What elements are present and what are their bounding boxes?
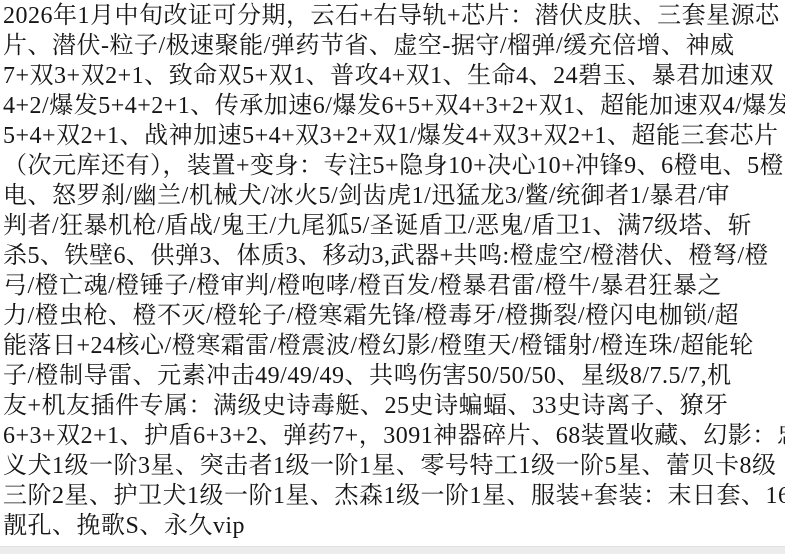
text-line: 片、潜伏-粒子/极速聚能/弹药节省、虚空-据守/榴弹/缓充倍增、神威 (3, 31, 783, 61)
text-line: 义犬1级一阶3星、突击者1级一阶1星、零号特工1级一阶5星、蕾贝卡8级 (3, 451, 783, 481)
text-line: 靓孔、挽歌S、永久vip (3, 511, 783, 541)
text-line: 判者/狂暴机枪/盾战/鬼王/九尾狐5/圣诞盾卫/恶鬼/盾卫1、满7级塔、斩 (3, 211, 783, 241)
text-line: 电、怒罗刹/幽兰/机械犬/冰火5/剑齿虎1/迅猛龙3/鳖/统御者1/暴君/审 (3, 181, 783, 211)
text-line: 杀5、铁壁6、供弹3、体质3、移动3,武器+共鸣:橙虚空/橙潜伏、橙弩/橙 (3, 241, 783, 271)
text-line: 7+双3+双2+1、致命双5+双1、普攻4+双1、生命4、24碧玉、暴君加速双 (3, 61, 783, 91)
text-line: 弓/橙亡魂/橙锤子/橙审判/橙咆哮/橙百发/橙暴君雷/橙牛/暴君狂暴之 (3, 271, 783, 301)
text-line: 子/橙制导雷、元素冲击49/49/49、共鸣伤害50/50/50、星级8/7.5… (3, 361, 783, 391)
text-line: 三阶2星、护卫犬1级一阶1星、杰森1级一阶1星、服装+套装：末日套、16 (3, 481, 783, 511)
account-listing-text-block: 2026年1月中旬改证可分期，云石+右导轨+芯片：潜伏皮肤、三套星源芯 片、潜伏… (0, 0, 785, 541)
text-line: 4+2/爆发5+4+2+1、传承加速6/爆发6+5+双4+3+2+双1、超能加速… (3, 91, 783, 121)
text-line: （次元库还有），装置+变身：专注5+隐身10+决心10+冲锋9、6橙电、5橙 (3, 151, 783, 181)
text-line: 5+4+双2+1、战神加速5+4+双3+2+双1/爆发4+双3+双2+1、超能三… (3, 121, 783, 151)
text-line: 力/橙虫枪、橙不灭/橙轮子/橙寒霜先锋/橙毒牙/橙撕裂/橙闪电枷锁/超 (3, 301, 783, 331)
text-line: 能落日+24核心/橙寒霜雷/橙震波/橙幻影/橙堕天/橙镭射/橙连珠/超能轮 (3, 331, 783, 361)
bottom-edge-strip (0, 546, 785, 554)
text-line: 2026年1月中旬改证可分期，云石+右导轨+芯片：潜伏皮肤、三套星源芯 (3, 1, 783, 31)
text-line: 友+机友插件专属：满级史诗毒艇、25史诗蝙蝠、33史诗离子、獠牙 (3, 391, 783, 421)
text-line: 6+3+双2+1、护盾6+3+2、弹药7+，3091神器碎片、68装置收藏、幻影… (3, 421, 783, 451)
